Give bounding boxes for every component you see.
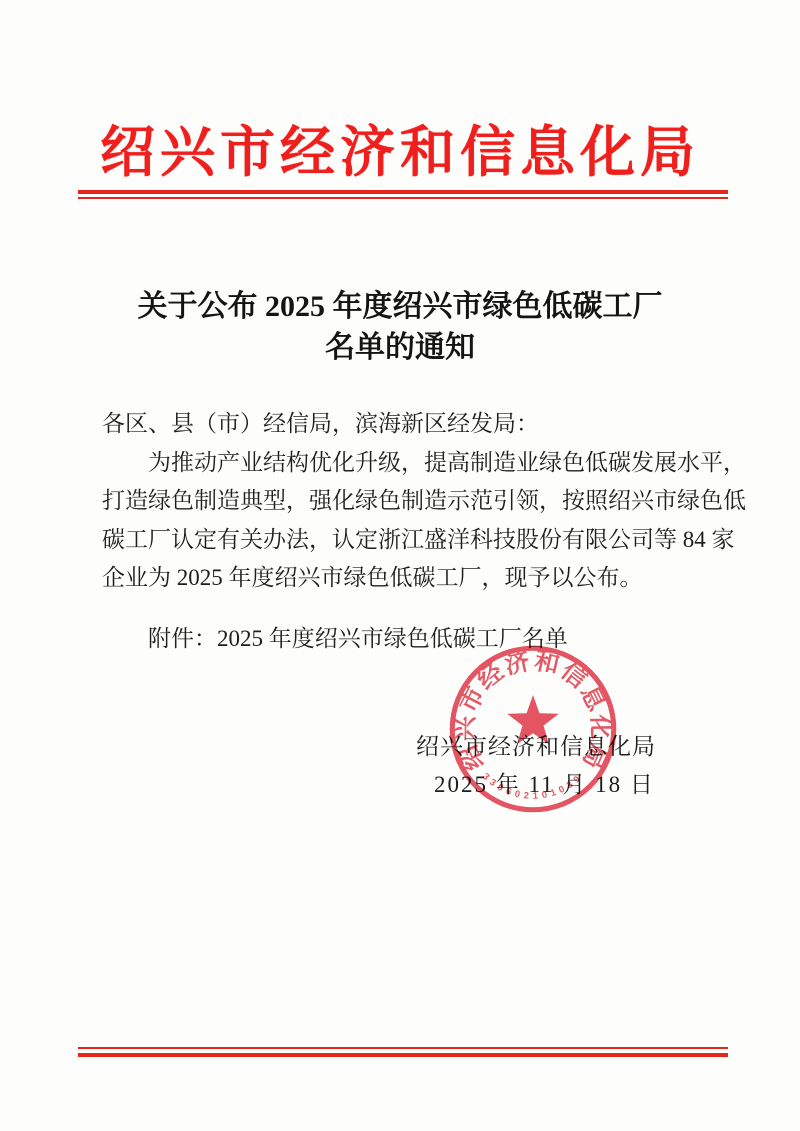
paragraph-line: 企业为 2025 年度绍兴市绿色低碳工厂，现予以公布。 bbox=[102, 559, 706, 598]
signature-agency: 绍兴市经济和信息化局 bbox=[416, 728, 656, 761]
footer-double-rule bbox=[78, 1047, 728, 1057]
letterhead-double-rule bbox=[78, 190, 728, 199]
document-title-line1: 关于公布 2025 年度绍兴市绿色低碳工厂 bbox=[0, 286, 800, 327]
document-title-line2: 名单的通知 bbox=[0, 327, 800, 368]
attachment-line: 附件：2025 年度绍兴市绿色低碳工厂名单 bbox=[102, 620, 706, 659]
paragraph-line: 为推动产业结构优化升级，提高制造业绿色低碳发展水平， bbox=[102, 444, 706, 483]
paragraph-line: 碳工厂认定有关办法，认定浙江盛洋科技股份有限公司等 84 家 bbox=[102, 521, 706, 560]
rule-thick-line bbox=[78, 190, 728, 194]
signature-date: 2025 年 11 月 18 日 bbox=[434, 766, 655, 799]
rule-thin-line bbox=[78, 197, 728, 199]
paragraph-line: 打造绿色制造典型，强化绿色制造示范引领，按照绍兴市绿色低 bbox=[102, 482, 706, 521]
document-body: 各区、县（市）经信局，滨海新区经发局： 为推动产业结构优化升级，提高制造业绿色低… bbox=[102, 405, 706, 659]
salutation-line: 各区、县（市）经信局，滨海新区经发局： bbox=[102, 405, 706, 444]
letterhead-agency-name: 绍兴市经济和信息化局 bbox=[0, 108, 800, 187]
rule-thick-line bbox=[78, 1053, 728, 1057]
document-page: 绍兴市经济和信息化局 关于公布 2025 年度绍兴市绿色低碳工厂 名单的通知 各… bbox=[0, 0, 800, 1131]
rule-thin-line bbox=[78, 1047, 728, 1049]
document-title: 关于公布 2025 年度绍兴市绿色低碳工厂 名单的通知 bbox=[0, 286, 800, 368]
